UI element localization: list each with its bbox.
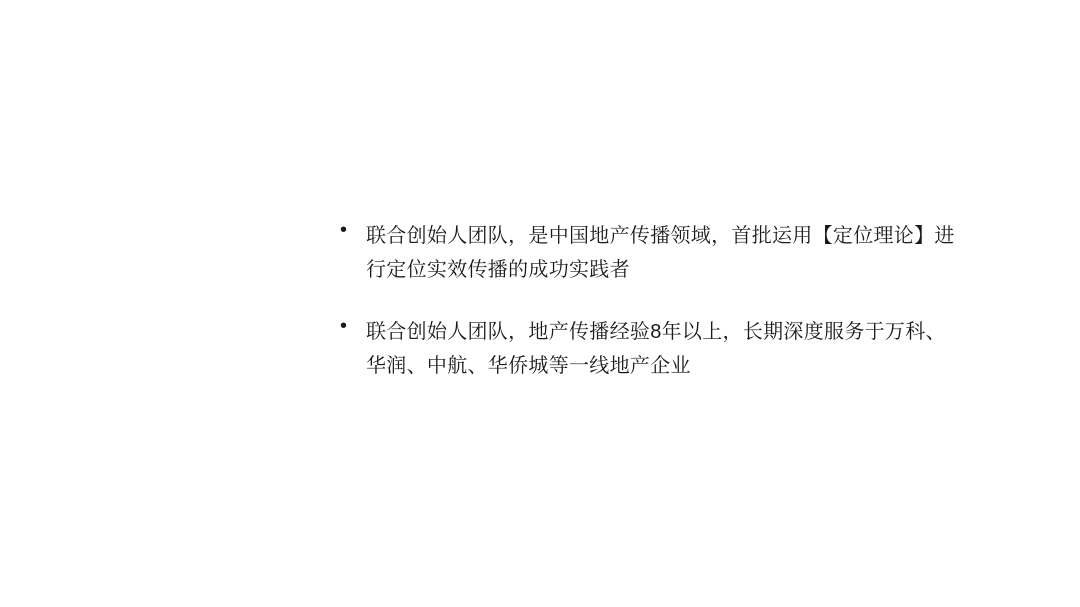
bullet-line: 行定位实效传播的成功实践者 bbox=[366, 253, 955, 287]
bullet-icon: • bbox=[340, 213, 366, 247]
bullet-list: • 联合创始人团队，是中国地产传播领域，首批运用【定位理论】进 行定位实效传播的… bbox=[340, 219, 1000, 383]
bullet-line: 华润、中航、华侨城等一线地产企业 bbox=[366, 349, 946, 383]
slide: • 联合创始人团队，是中国地产传播领域，首批运用【定位理论】进 行定位实效传播的… bbox=[0, 0, 1080, 607]
bullet-line: 联合创始人团队，是中国地产传播领域，首批运用【定位理论】进 bbox=[366, 219, 955, 253]
bullet-item: • 联合创始人团队，地产传播经验8年以上，长期深度服务于万科、 华润、中航、华侨… bbox=[340, 315, 1000, 383]
bullet-text: 联合创始人团队，地产传播经验8年以上，长期深度服务于万科、 华润、中航、华侨城等… bbox=[366, 315, 946, 383]
bullet-item: • 联合创始人团队，是中国地产传播领域，首批运用【定位理论】进 行定位实效传播的… bbox=[340, 219, 1000, 287]
bullet-icon: • bbox=[340, 309, 366, 343]
bullet-line: 联合创始人团队，地产传播经验8年以上，长期深度服务于万科、 bbox=[366, 315, 946, 349]
bullet-text: 联合创始人团队，是中国地产传播领域，首批运用【定位理论】进 行定位实效传播的成功… bbox=[366, 219, 955, 287]
